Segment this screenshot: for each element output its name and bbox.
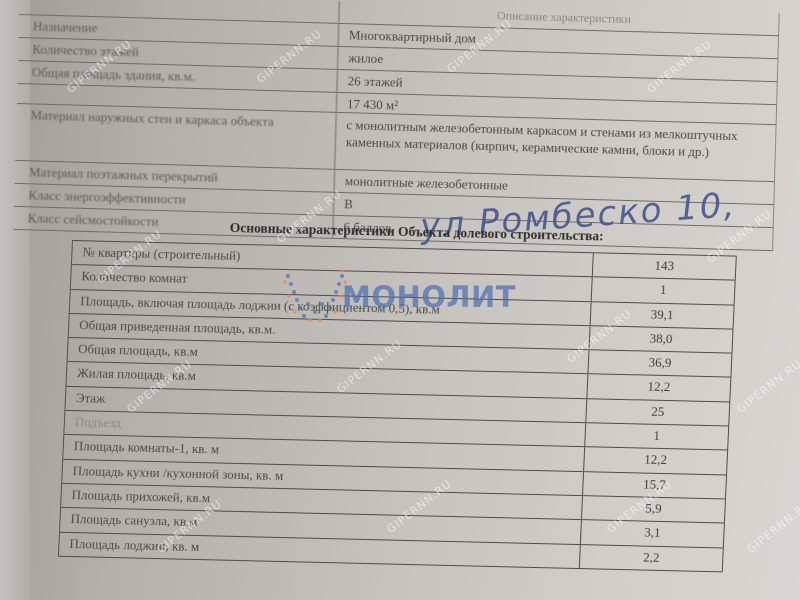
row-value: 25 [586,399,730,426]
row-value: 1 [592,278,736,305]
row-value: 12,2 [584,448,728,475]
row-value: 1 [585,423,729,450]
row-value: 5,9 [582,496,726,523]
row-value: 3,1 [581,520,725,547]
row-value: 39,1 [591,302,735,329]
monolit-logo-icon [282,268,348,326]
row-value: 36,9 [588,350,732,377]
row-value: 12,2 [587,375,731,402]
logo-text: МОНОЛИТ [342,280,516,314]
row-value: 15,7 [583,472,727,499]
row-label: Материал наружных стен и каркаса объекта [15,104,336,169]
row-value: 143 [593,253,737,280]
row-value: 38,0 [590,326,734,353]
monolit-logo: МОНОЛИТ [282,268,516,326]
row-value: 2,2 [580,545,724,572]
